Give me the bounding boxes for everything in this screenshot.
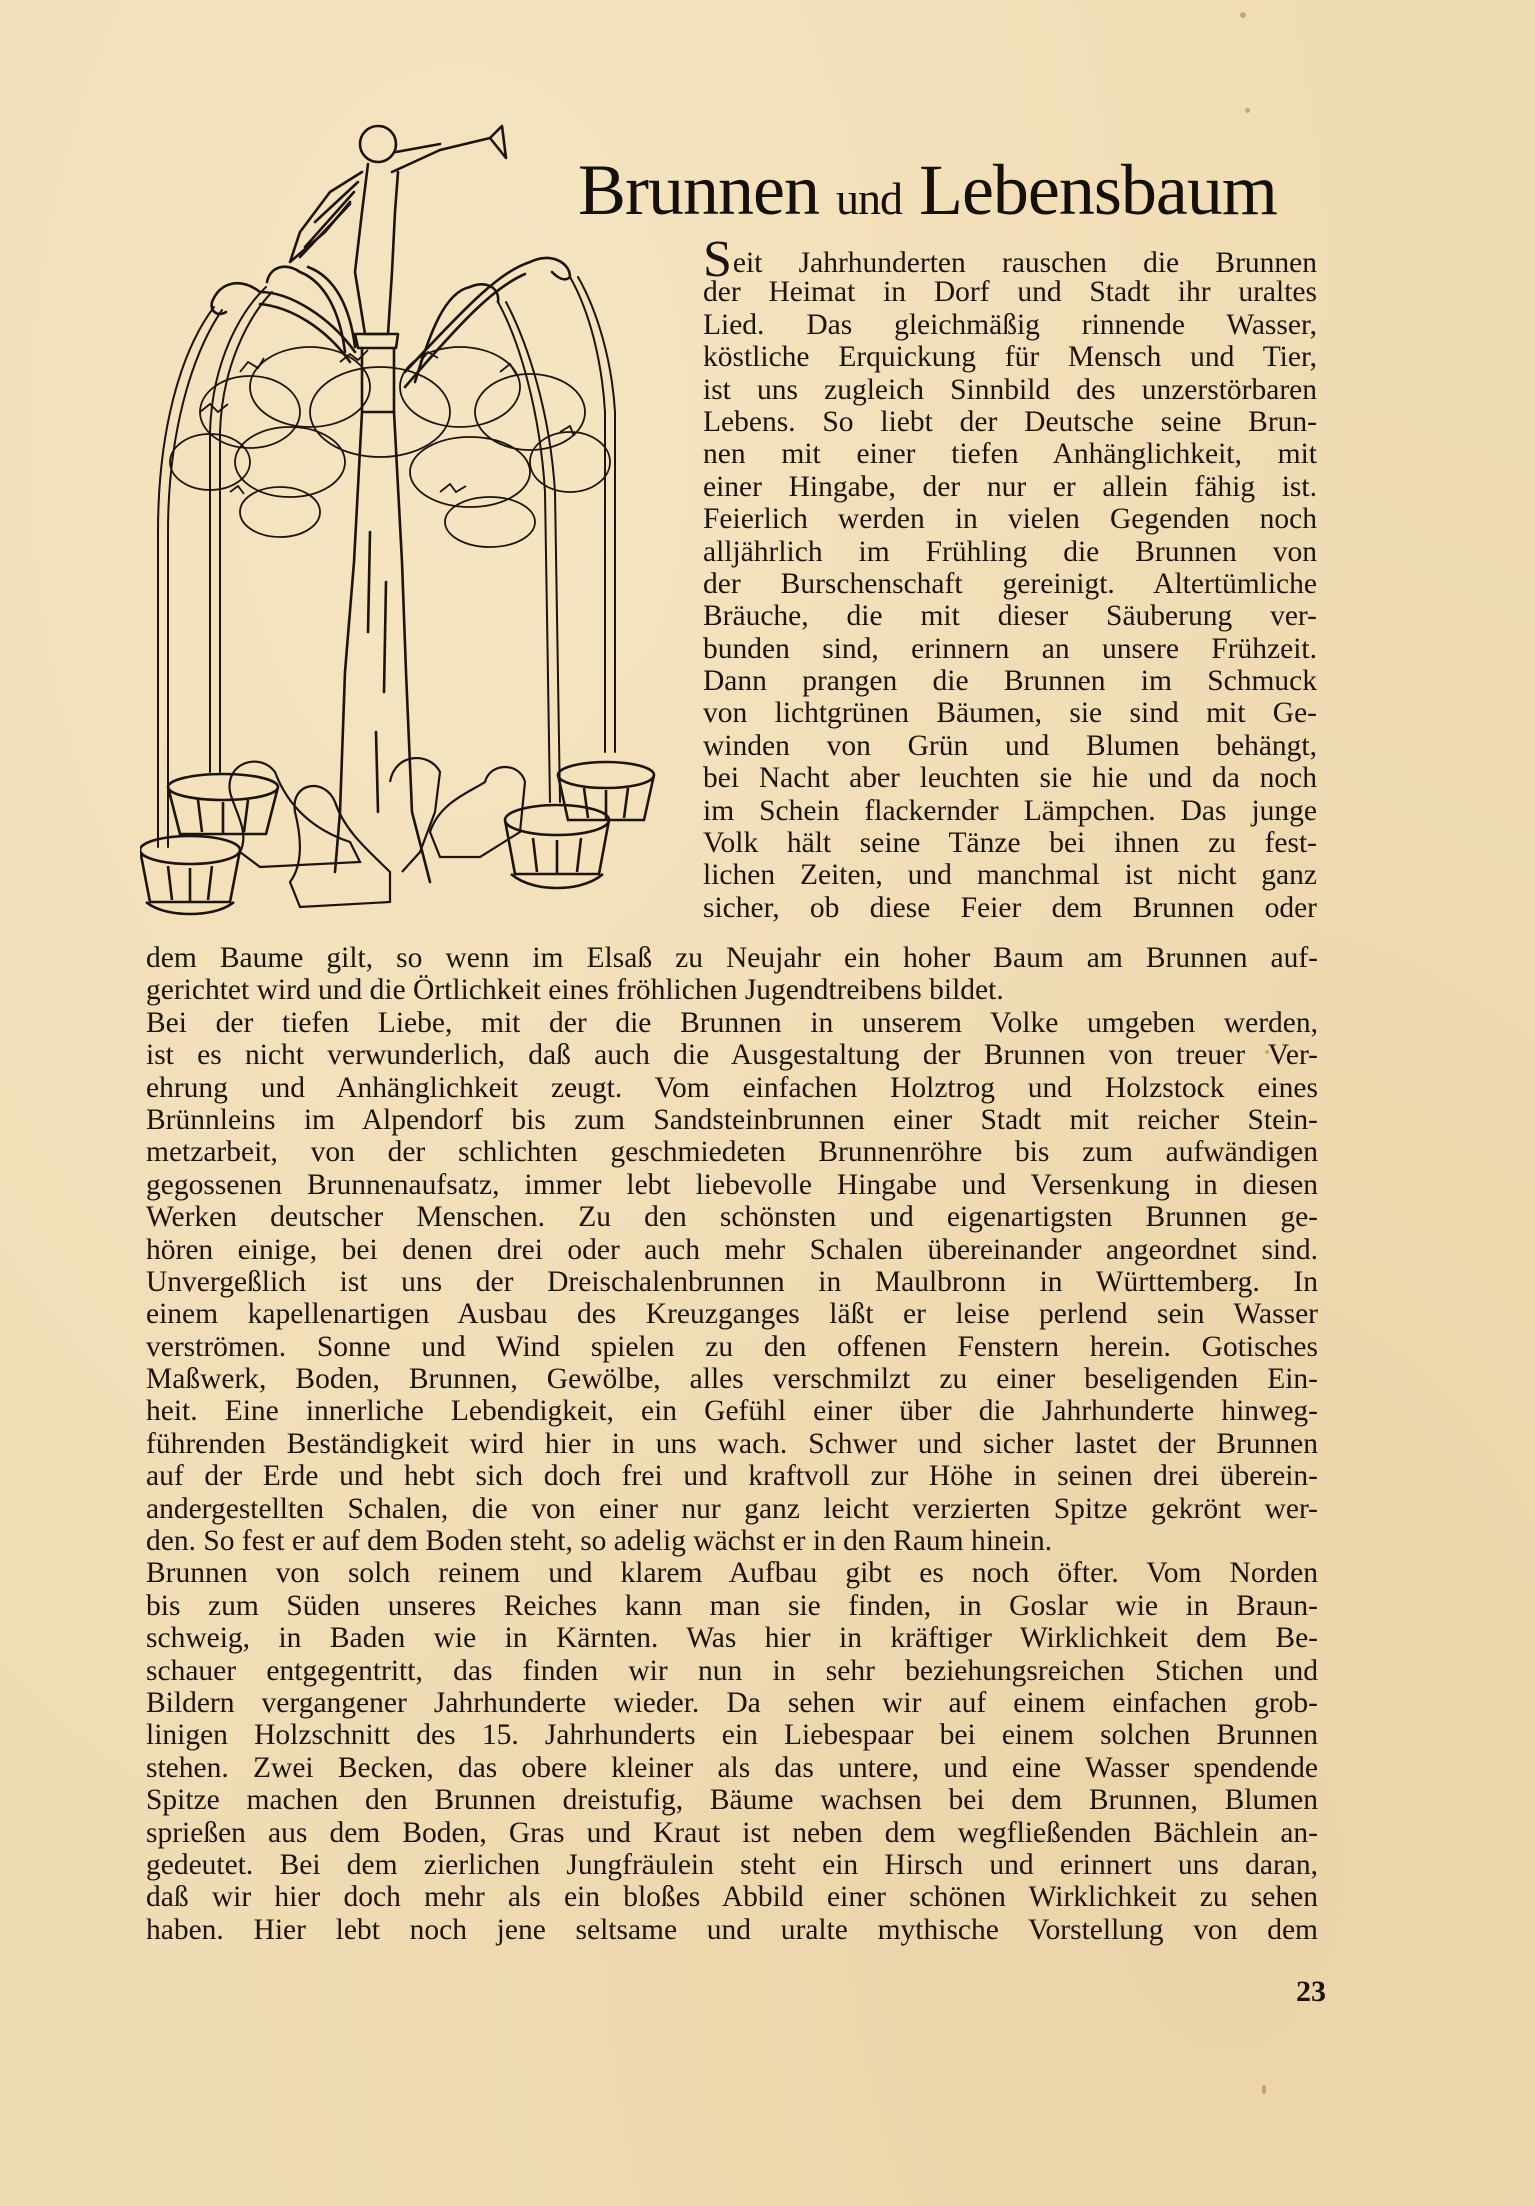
text-line: der Heimat in Dorf und Stadt ihr uraltes	[703, 276, 1317, 308]
text-line: köstliche Erquickung für Mensch und Tier…	[703, 341, 1317, 373]
text-line: ist uns zugleich Sinnbild des unzerstörb…	[703, 374, 1317, 406]
text-column-wide: dem Baume gilt, so wenn im Elsaß zu Neuj…	[146, 942, 1318, 1946]
text-line: gegossenen Brunnenaufsatz, immer lebt li…	[146, 1169, 1318, 1201]
text-line: führenden Beständigkeit wird hier in uns…	[146, 1428, 1318, 1460]
tree-trunk-icon	[335, 412, 430, 882]
text-line: haben. Hier lebt noch jene seltsame und …	[146, 1914, 1318, 1946]
text-line: dem Baume gilt, so wenn im Elsaß zu Neuj…	[146, 942, 1318, 974]
text-line: Lied. Das gleichmäßig rinnende Wasser,	[703, 309, 1317, 341]
text-line: ehrung und Anhänglichkeit zeugt. Vom ein…	[146, 1072, 1318, 1104]
text-line: bunden sind, erinnern an unsere Frühzeit…	[703, 633, 1317, 665]
text-line: daß wir hier doch mehr als ein bloßes Ab…	[146, 1881, 1318, 1913]
text-line: Feierlich werden in vielen Gegenden noch	[703, 503, 1317, 535]
text-line: Spitze machen den Brunnen dreistufig, Bä…	[146, 1784, 1318, 1816]
text-line: Seit Jahrhunderten rauschen die Brunnen	[703, 244, 1317, 276]
text-line: sprießen aus dem Boden, Gras und Kraut i…	[146, 1817, 1318, 1849]
paper-fleck	[1240, 12, 1246, 18]
text-line: Bräuche, die mit dieser Säuberung ver-	[703, 600, 1317, 632]
text-line: ist es nicht verwunderlich, daß auch die…	[146, 1039, 1318, 1071]
text-line: verströmen. Sonne und Wind spielen zu de…	[146, 1331, 1318, 1363]
book-page: Brunnen und Lebensbaum	[0, 0, 1535, 2206]
text-line: Unvergeßlich ist uns der Dreischalenbrun…	[146, 1266, 1318, 1298]
text-line: stehen. Zwei Becken, das obere kleiner a…	[146, 1752, 1318, 1784]
paper-fleck	[1245, 108, 1250, 113]
text-line: Bildern vergangener Jahrhunderte wieder.…	[146, 1687, 1318, 1719]
fountain-basins-icon	[140, 762, 654, 914]
text-line: Dann prangen die Brunnen im Schmuck	[703, 665, 1317, 697]
text-line: Lebens. So liebt der Deutsche seine Brun…	[703, 406, 1317, 438]
text-line: Bei der tiefen Liebe, mit der die Brunne…	[146, 1007, 1318, 1039]
tree-foliage-icon	[170, 347, 610, 547]
text-line: sicher, ob diese Feier dem Brunnen oder	[703, 892, 1317, 924]
text-line: gedeutet. Bei dem zierlichen Jungfräulei…	[146, 1849, 1318, 1881]
text-line: Maßwerk, Boden, Brunnen, Gewölbe, alles …	[146, 1363, 1318, 1395]
paper-fleck	[1262, 2085, 1266, 2094]
text-line: Brünnleins im Alpendorf bis zum Sandstei…	[146, 1104, 1318, 1136]
text-line: heit. Eine innerliche Lebendigkeit, ein …	[146, 1395, 1318, 1427]
text-line: bis zum Süden unseres Reiches kann man s…	[146, 1590, 1318, 1622]
page-number: 23	[1296, 1975, 1326, 2009]
title-word-lebensbaum: Lebensbaum	[919, 150, 1277, 230]
text-line: Brunnen von solch reinem und klarem Aufb…	[146, 1557, 1318, 1589]
text-line: bei Nacht aber leuchten sie hie und da n…	[703, 762, 1317, 794]
text-line: schweig, in Baden wie in Kärnten. Was hi…	[146, 1622, 1318, 1654]
text-line: metzarbeit, von der schlichten geschmied…	[146, 1136, 1318, 1168]
text-line: andergestellten Schalen, die von einer n…	[146, 1493, 1318, 1525]
text-line: winden von Grün und Blumen behängt,	[703, 730, 1317, 762]
text-line: linigen Holzschnitt des 15. Jahrhunderts…	[146, 1719, 1318, 1751]
text-line: hören einige, bei denen drei oder auch m…	[146, 1234, 1318, 1266]
text-line: einem kapellenartigen Ausbau des Kreuzga…	[146, 1298, 1318, 1330]
text-line: nen mit einer tiefen Anhänglichkeit, mit	[703, 438, 1317, 470]
text-line-paragraph-end: den. So fest er auf dem Boden steht, so …	[146, 1525, 1318, 1557]
water-streams-icon	[158, 277, 615, 847]
text-line: schauer entgegentritt, das finden wir nu…	[146, 1655, 1318, 1687]
text-line: der Burschenschaft gereinigt. Altertümli…	[703, 568, 1317, 600]
text-column-narrow: Seit Jahrhunderten rauschen die Brunnen …	[703, 244, 1317, 924]
text-line: von lichtgrünen Bäumen, sie sind mit Ge-	[703, 697, 1317, 729]
text-line: auf der Erde und hebt sich doch frei und…	[146, 1460, 1318, 1492]
text-line-paragraph-end: gerichtet wird und die Örtlichkeit eines…	[146, 974, 1318, 1006]
text-line: Volk hält seine Tänze bei ihnen zu fest-	[703, 827, 1317, 859]
text-line: im Schein flackernder Lämpchen. Das jung…	[703, 795, 1317, 827]
fountain-tree-illustration	[140, 112, 700, 942]
text-line: alljährlich im Frühling die Brunnen von	[703, 536, 1317, 568]
title-word-und: und	[836, 173, 902, 224]
text-line: lichen Zeiten, und manchmal ist nicht ga…	[703, 859, 1317, 891]
text-line: einer Hingabe, der nur er allein fähig i…	[703, 471, 1317, 503]
text-line: Werken deutscher Menschen. Zu den schöns…	[146, 1201, 1318, 1233]
